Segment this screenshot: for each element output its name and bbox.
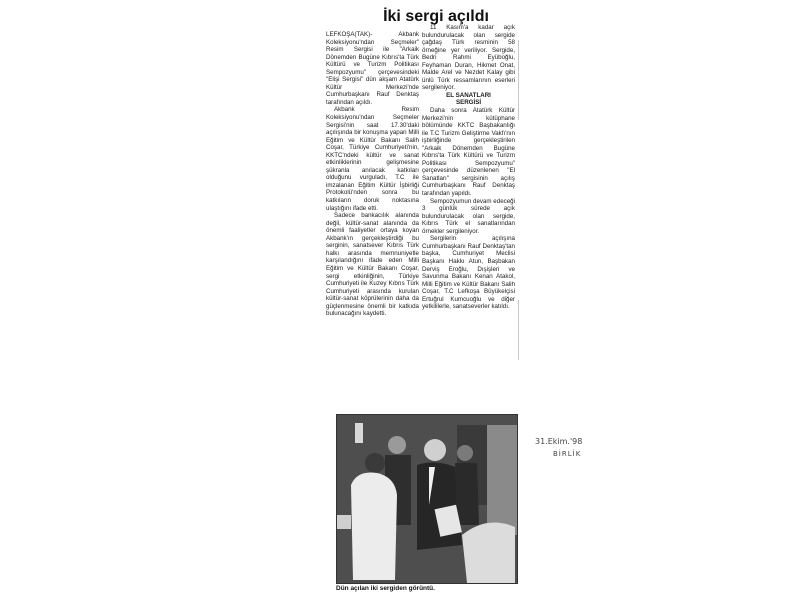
- handwritten-date: 31.Ekim.'98: [535, 436, 625, 448]
- paragraph: 11 Kasım'a kadar açık bulundurulacak ola…: [422, 24, 515, 92]
- paragraph: Sergilerin açılışına Cumhurbaşkanı Rauf …: [422, 235, 515, 310]
- paragraph: Sempozyumun devam edeceği 3 günlük süred…: [422, 198, 515, 236]
- section-subheading: EL SANATLARI SERGİSİ: [422, 92, 515, 107]
- article-photo: [336, 414, 518, 584]
- column-edge-line: [518, 40, 519, 120]
- photo-people-at-exhibition-icon: [337, 415, 517, 583]
- subheading-line-2: SERGİSİ: [456, 99, 481, 106]
- photo-caption: Dün açılan iki sergiden görüntü.: [336, 585, 435, 592]
- handwritten-source: BİRLİK: [535, 448, 625, 460]
- paragraph: Akbank Resim Koleksiyonu'ndan Seçmeler S…: [326, 106, 419, 212]
- article-column-2: 11 Kasım'a kadar açık bulundurulacak ola…: [422, 24, 515, 311]
- subheading-line-1: EL SANATLARI: [446, 92, 491, 99]
- handwritten-note: 31.Ekim.'98 BİRLİK: [535, 436, 625, 460]
- newspaper-clipping: İki sergi açıldı LEFKOŞA(TAK)- Akbank Ko…: [326, 4, 518, 596]
- paragraph: Sadece bankacılık alanında değil, kültür…: [326, 212, 419, 318]
- column-edge-line: [518, 300, 519, 360]
- paragraph: LEFKOŞA(TAK)- Akbank Koleksiyonu'ndan Se…: [326, 31, 419, 106]
- paragraph: Daha sonra Atatürk Kültür Merkezi'nin kü…: [422, 107, 515, 198]
- article-column-1: LEFKOŞA(TAK)- Akbank Koleksiyonu'ndan Se…: [326, 31, 419, 318]
